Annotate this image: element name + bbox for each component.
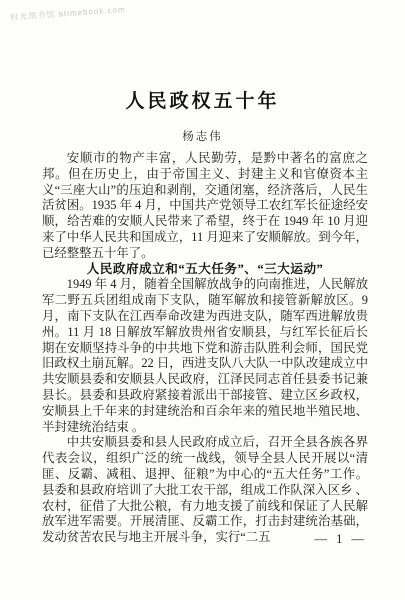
paragraph-3: 中共安顺县委和县人民政府成立后，召开全县各族各界代表会议，组织广泛的统一战线，领… — [42, 435, 368, 546]
book-page: 时光图书馆 atimebook.com 人民政权五十年 杨志伟 安顺市的物产丰富… — [0, 0, 405, 600]
section-heading: 人民政府成立和“五大任务”、“三大运动” — [42, 262, 368, 278]
page-number: — 1 — — [315, 532, 368, 547]
watermark: 时光图书馆 atimebook.com — [10, 4, 126, 23]
page-title: 人民政权五十年 — [0, 91, 405, 113]
article-body: 安顺市的物产丰富，人民勤劳，是黔中著名的富庶之邦。但在历史上，由于帝国主义、封建… — [42, 151, 368, 546]
paragraph-2: 1949 年 4 月，随着全国解放战争的向南推进，人民解放军二野五兵团组成南下支… — [42, 277, 368, 435]
paragraph-1: 安顺市的物产丰富，人民勤劳，是黔中著名的富庶之邦。但在历史上，由于帝国主义、封建… — [42, 151, 368, 262]
author-name: 杨志伟 — [0, 128, 405, 144]
